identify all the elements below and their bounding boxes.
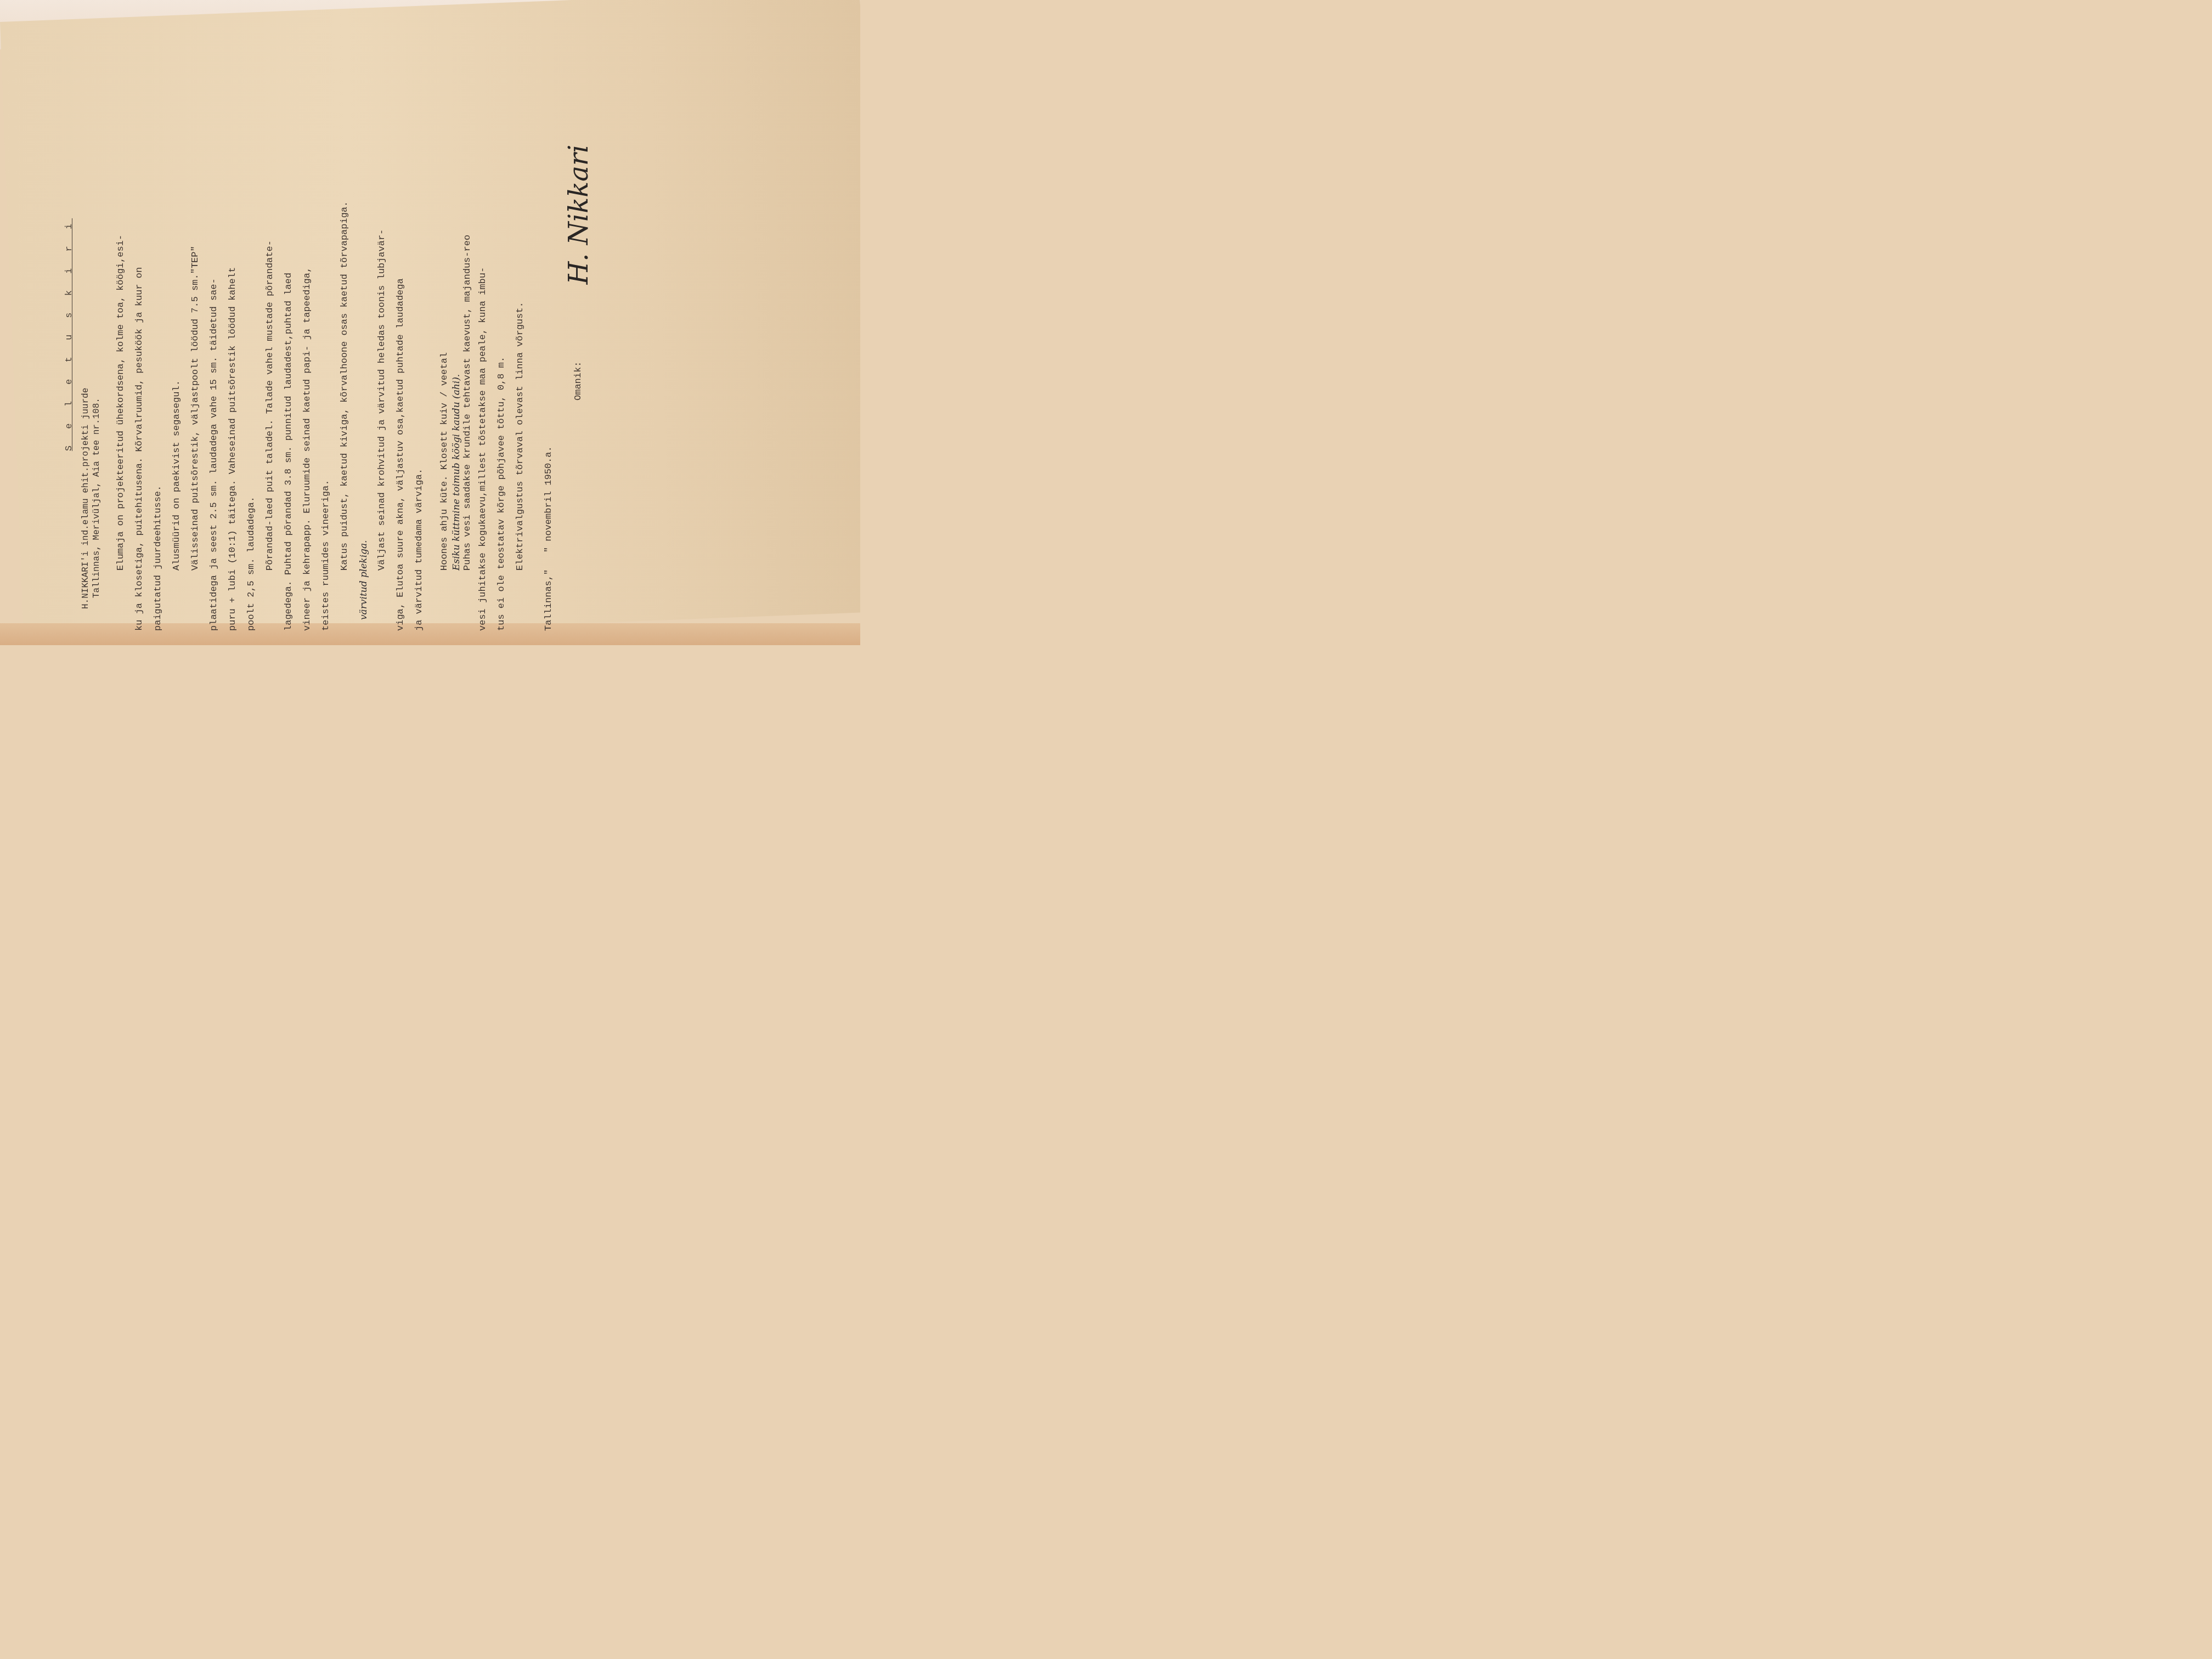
owner-label: Omanik: bbox=[569, 362, 588, 400]
paragraph-line: Väljast seinad krohvitud ja värvitud hel… bbox=[373, 38, 392, 631]
paragraph-line: ja värvitud tumedama värviga. bbox=[410, 38, 429, 631]
handwritten-heating-note: Esiku küttmine toimub köögi kaudu (ahi). bbox=[451, 38, 462, 571]
date-line: Tallinnas," " novembril 1950.a. bbox=[540, 38, 558, 631]
paragraph-line: puru + lubi (10:1) täitega. Vaheseinad p… bbox=[224, 38, 242, 631]
paragraph-line: Katus puidust, kaetud kiviga, kõrvalhoon… bbox=[336, 38, 354, 631]
paragraph-line: Elumaja on projekteeritud ühekordsena, k… bbox=[112, 38, 131, 631]
paragraph-line: Välisseinad puitsõrestik, väljastpoolt l… bbox=[187, 38, 205, 631]
paragraph-line: ku ja klosetiga, puitehitusena. Kõrvalru… bbox=[131, 38, 149, 631]
paragraph-line: plaatidega ja seest 2.5 sm. laudadega va… bbox=[205, 38, 224, 631]
paragraph-line: viga, Elutoa suure akna, väljastuv osa,k… bbox=[392, 38, 410, 631]
paragraph-line: teistes ruumides vineeriga. bbox=[317, 38, 336, 631]
paragraph-line: Hoones ahju küte. Klosett kuiv / veetal bbox=[439, 38, 451, 631]
paragraph-line: Elektrivalgustus tõrvaval olevast linna … bbox=[511, 38, 530, 631]
paragraph-line: Põrandad-laed puit taladel. Talade vahel… bbox=[261, 38, 280, 631]
paragraph-line: vesi juhitakse kogukaevu,millest tõsteta… bbox=[474, 38, 493, 631]
paragraph-line: tus ei ole teostatav kõrge põhjavee tõtt… bbox=[493, 38, 511, 631]
paragraph-line: paigutatud juurdeehitusse. bbox=[149, 38, 168, 631]
owner-signature: H. Nikkari bbox=[569, 145, 588, 285]
project-header-line-2: Tallinnas, Merivüljal, Aia tee nr.108. bbox=[91, 38, 102, 598]
paragraph-line: Puhas vesi saadakse krundile tehtavast k… bbox=[462, 38, 474, 631]
handwritten-roof-note: värvitud plekiga. bbox=[354, 38, 373, 620]
typed-document: S e l e t u s k i r i H.NIKKARI'i ind.el… bbox=[60, 38, 774, 631]
project-header-line-1: H.NIKKARI'i ind.elamu ehit.projekti juur… bbox=[80, 38, 91, 609]
paragraph-line: lagedega. Puhtad põrandad 3.8 sm. punnit… bbox=[280, 38, 298, 631]
paragraph-line: vineer ja kehrapapp. Eluruumide seinad k… bbox=[298, 38, 317, 631]
paragraph-line: Alusmüürid on paekivist segasegul. bbox=[168, 38, 187, 631]
document-title: S e l e t u s k i r i bbox=[60, 38, 79, 631]
paragraph-line: poolt 2,5 sm. laudadega. bbox=[242, 38, 261, 631]
